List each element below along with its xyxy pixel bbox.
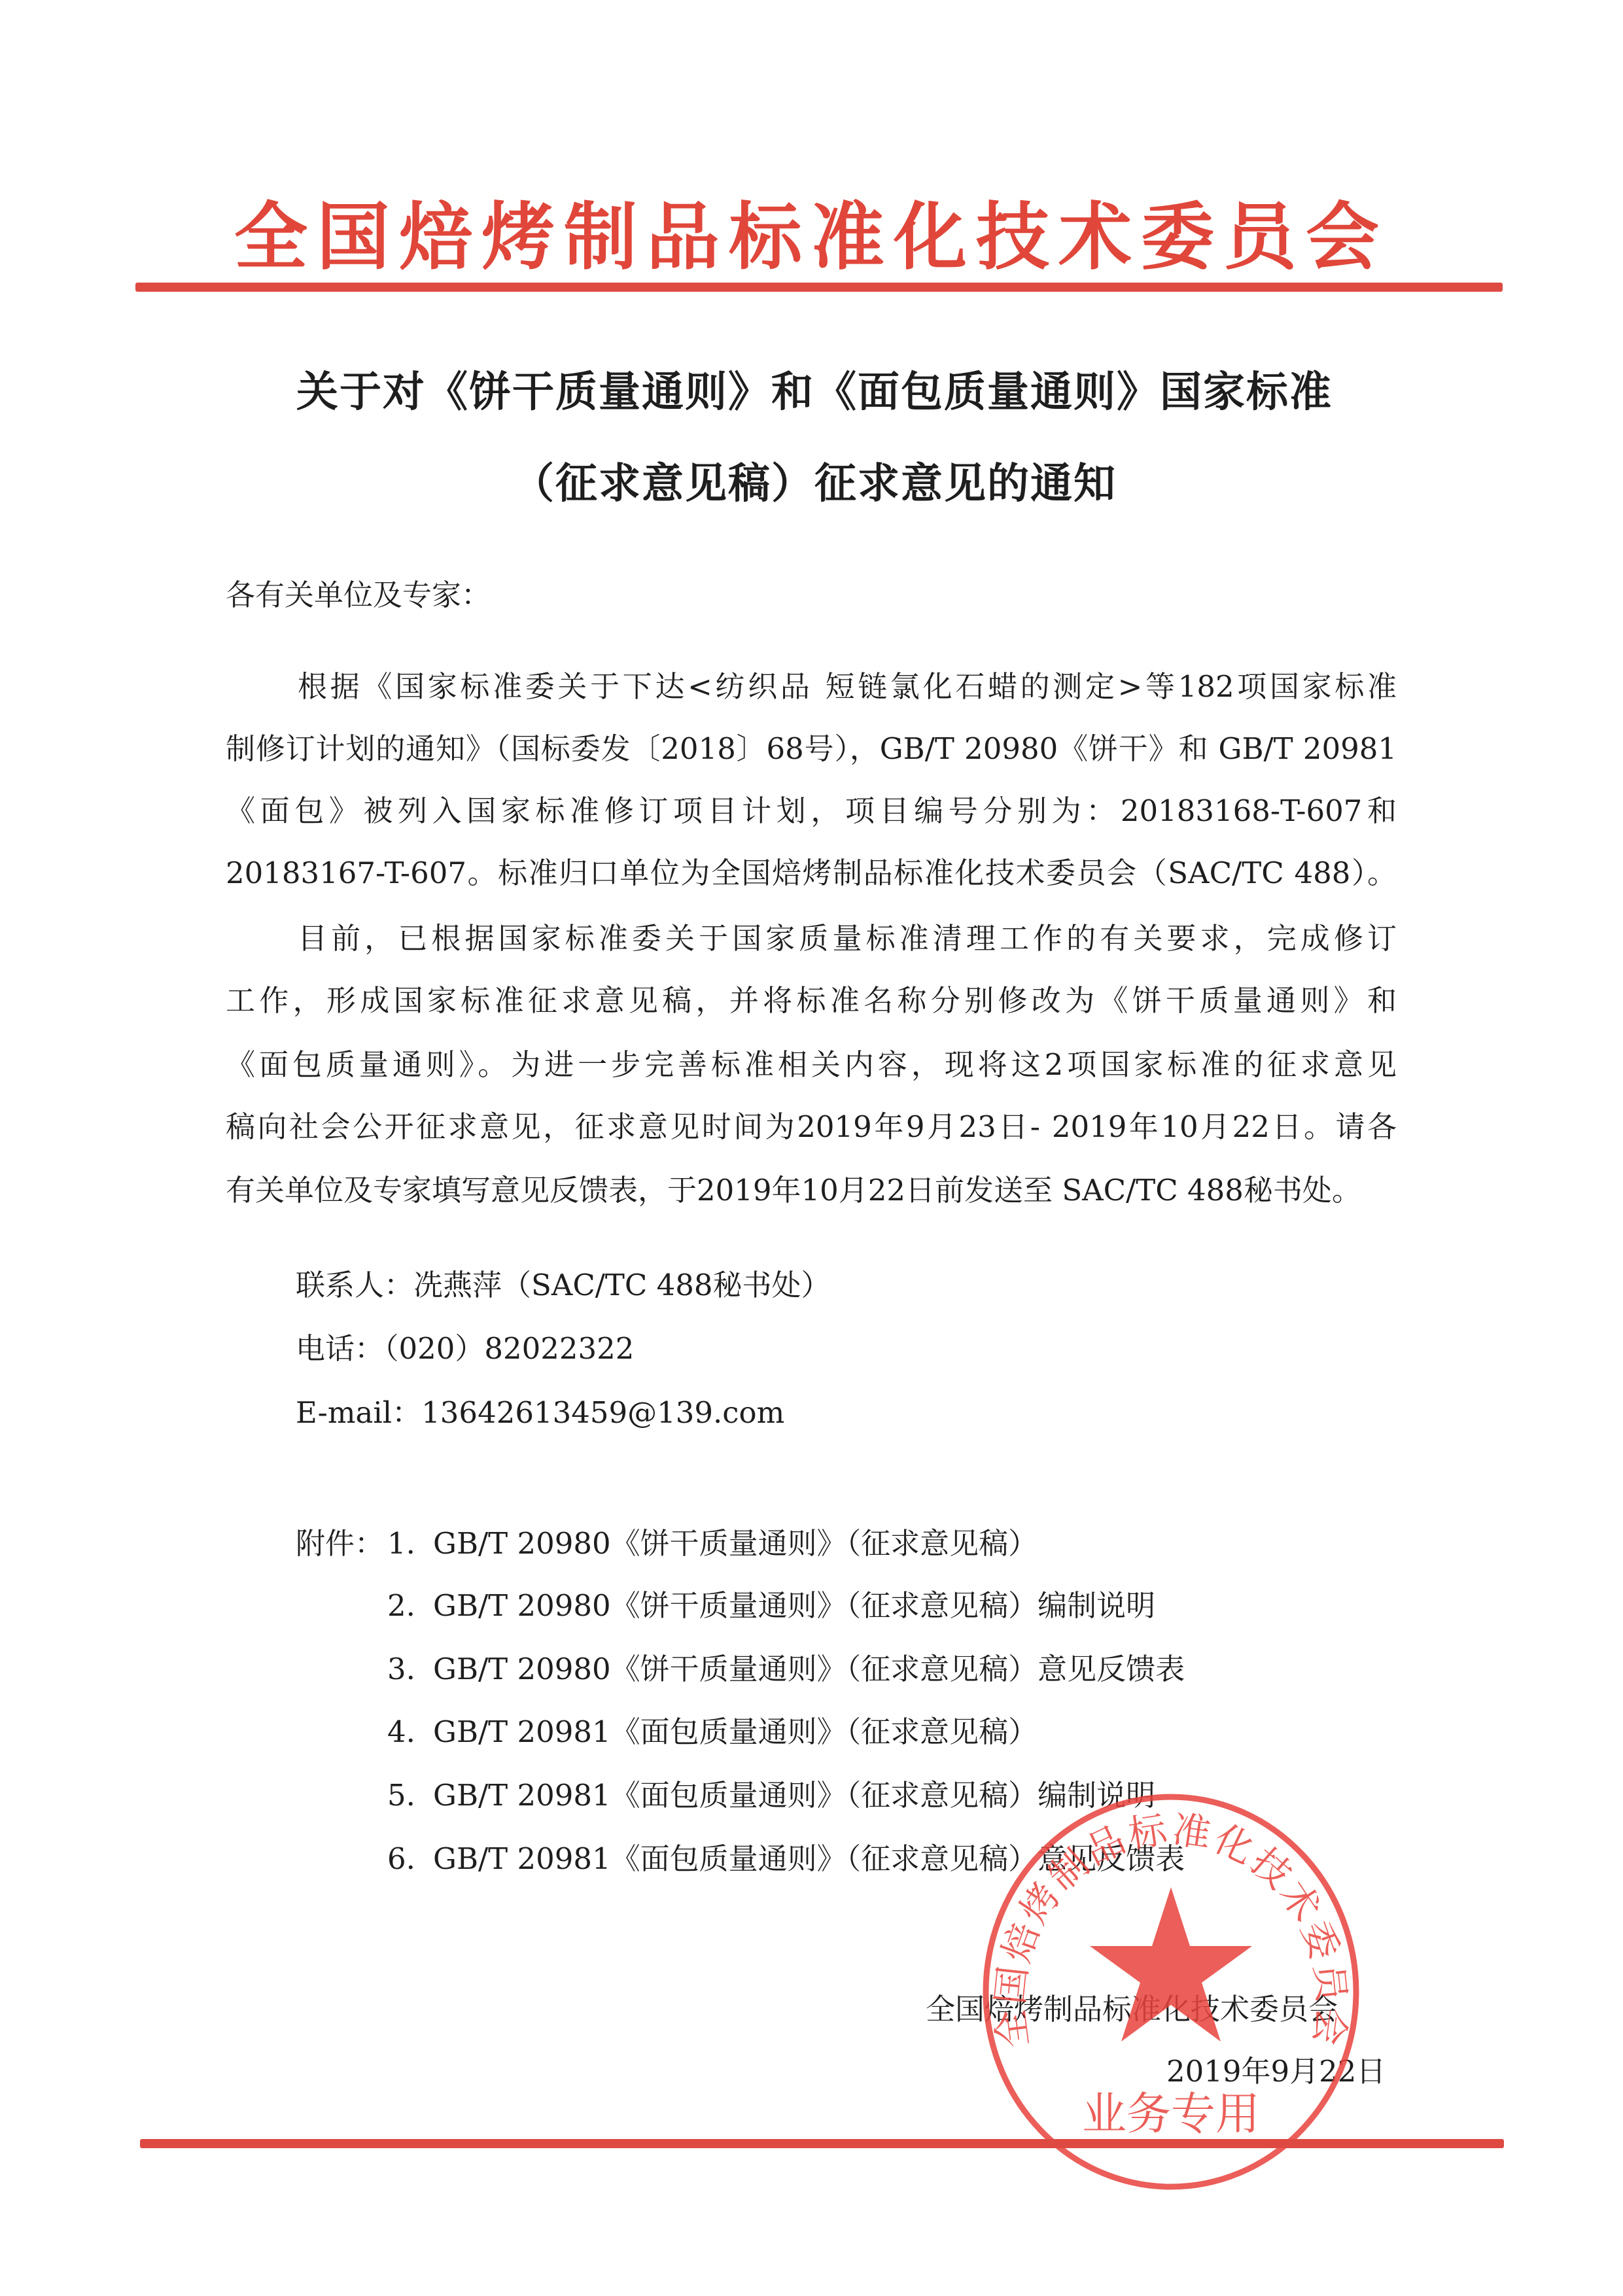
attachment-number: 6. [387,1839,433,1879]
paragraph-2-line-1: 目前，已根据国家标准委关于国家质量标准清理工作的有关要求，完成修订 [298,919,1397,958]
attachments-label: 附件： [296,1524,384,1563]
paragraph-2-line-3: 《面包质量通则》。为进一步完善标准相关内容，现将这2项国家标准的征求意见 [226,1045,1397,1085]
paragraph-2-line-2: 工作，形成国家标准征求意见稿，并将标准名称分别修改为《饼干质量通则》和 [226,981,1397,1020]
attachment-item-5: 5.GB/T 20981《面包质量通则》（征求意见稿）编制说明 [387,1776,1155,1815]
attachment-item-4: 4.GB/T 20981《面包质量通则》（征求意见稿） [387,1713,1038,1752]
document-page: 全国焙烤制品标准化技术委员会 关于对《饼干质量通则》和《面包质量通则》国家标准 … [0,0,1623,2296]
contact-phone: 电话：（020）82022322 [296,1329,634,1368]
attachment-item-3: 3.GB/T 20980《饼干质量通则》（征求意见稿）意见反馈表 [387,1650,1185,1689]
attachment-number: 2. [387,1586,433,1626]
attachment-number: 1. [387,1524,433,1563]
attachment-number: 3. [387,1650,433,1689]
attachment-title: GB/T 20981《面包质量通则》（征求意见稿）编制说明 [433,1778,1155,1813]
paragraph-1-line-4: 20183167-T-607。标准归口单位为全国焙烤制品标准化技术委员会（SAC… [226,854,1397,893]
attachment-title: GB/T 20981《面包质量通则》（征求意见稿）意见反馈表 [433,1841,1185,1876]
salutation: 各有关单位及专家： [226,576,491,615]
attachment-item-2: 2.GB/T 20980《饼干质量通则》（征求意见稿）编制说明 [387,1586,1155,1626]
paragraph-2-line-5: 有关单位及专家填写意见反馈表，于2019年10月22日前发送至 SAC/TC 4… [226,1171,1397,1210]
signature-date: 2019年9月22日 [1166,2052,1386,2091]
contact-person: 联系人：冼燕萍（SAC/TC 488秘书处） [296,1266,831,1305]
signature-org: 全国焙烤制品标准化技术委员会 [926,1990,1338,2029]
notice-title-line-1: 关于对《饼干质量通则》和《面包质量通则》国家标准 [216,358,1413,419]
attachment-number: 5. [387,1776,433,1815]
seal-bottom-text: 业务专用 [1082,2089,1260,2140]
paragraph-2-line-4: 稿向社会公开征求意见，征求意见时间为2019年9月23日- 2019年10月22… [226,1107,1397,1147]
paragraph-1-line-1: 根据《国家标准委关于下达<纺织品 短链氯化石蜡的测定>等182项国家标准 [298,667,1397,706]
paragraph-1-line-2: 制修订计划的通知》（国标委发〔2018〕68号），GB/T 20980《饼干》和… [226,729,1397,769]
paragraph-1-line-3: 《面包》被列入国家标准修订项目计划，项目编号分别为：20183168-T-607… [226,791,1397,831]
attachment-item-1: 1.GB/T 20980《饼干质量通则》（征求意见稿） [387,1524,1038,1563]
masthead-red-rule [135,283,1503,292]
masthead-org-name: 全国焙烤制品标准化技术委员会 [150,182,1472,293]
attachment-title: GB/T 20980《饼干质量通则》（征求意见稿） [433,1526,1038,1561]
attachment-item-6: 6.GB/T 20981《面包质量通则》（征求意见稿）意见反馈表 [387,1839,1185,1879]
footer-red-rule [140,2139,1504,2148]
attachment-title: GB/T 20980《饼干质量通则》（征求意见稿）意见反馈表 [433,1652,1185,1686]
contact-email: E-mail：13642613459@139.com [296,1393,784,1433]
attachment-number: 4. [387,1713,433,1752]
attachment-title: GB/T 20981《面包质量通则》（征求意见稿） [433,1714,1038,1749]
attachment-title: GB/T 20980《饼干质量通则》（征求意见稿）编制说明 [433,1588,1155,1623]
notice-title-line-2: （征求意见稿）征求意见的通知 [216,450,1413,510]
